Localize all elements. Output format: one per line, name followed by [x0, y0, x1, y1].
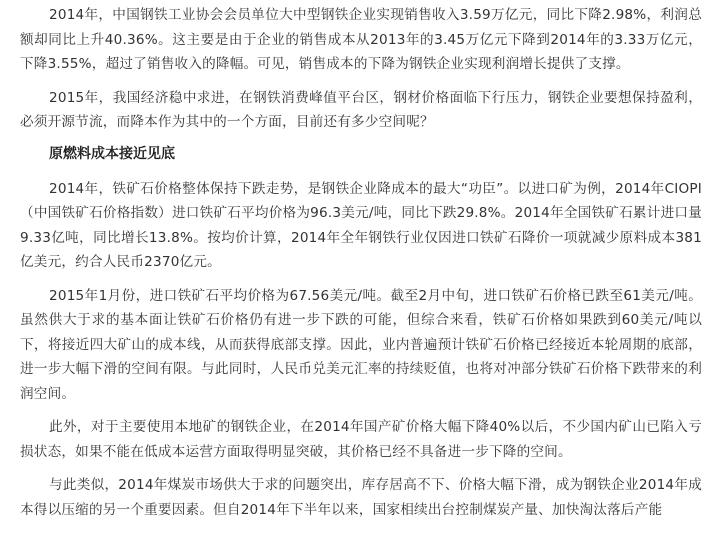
section-heading: 原燃料成本接近见底: [20, 144, 702, 164]
article-body: 2014年，中国钢铁工业协会会员单位大中型钢铁企业实现销售收入3.59万亿元，同…: [20, 3, 702, 531]
paragraph-domestic-ore: 此外，对于主要使用本地矿的钢铁企业，在2014年国产矿价格大幅下降40%以后，不…: [20, 415, 702, 464]
paragraph-sales-profit: 2014年，中国钢铁工业协会会员单位大中型钢铁企业实现销售收入3.59万亿元，同…: [20, 3, 702, 77]
paragraph-iron-ore-2014: 2014年，铁矿石价格整体保持下跌走势，是钢铁企业降成本的最大“功臣”。以进口矿…: [20, 177, 702, 275]
paragraph-coal-market: 与此类似，2014年煤炭市场供大于求的问题突出，库存居高不下、价格大幅下滑，成为…: [20, 473, 702, 522]
paragraph-iron-ore-2015: 2015年1月份，进口铁矿石平均价格为67.56美元/吨。截至2月中旬，进口铁矿…: [20, 284, 702, 407]
paragraph-2015-outlook: 2015年，我国经济稳中求进，在钢铁消费峰值平台区，钢材价格面临下行压力，钢铁企…: [20, 86, 702, 135]
